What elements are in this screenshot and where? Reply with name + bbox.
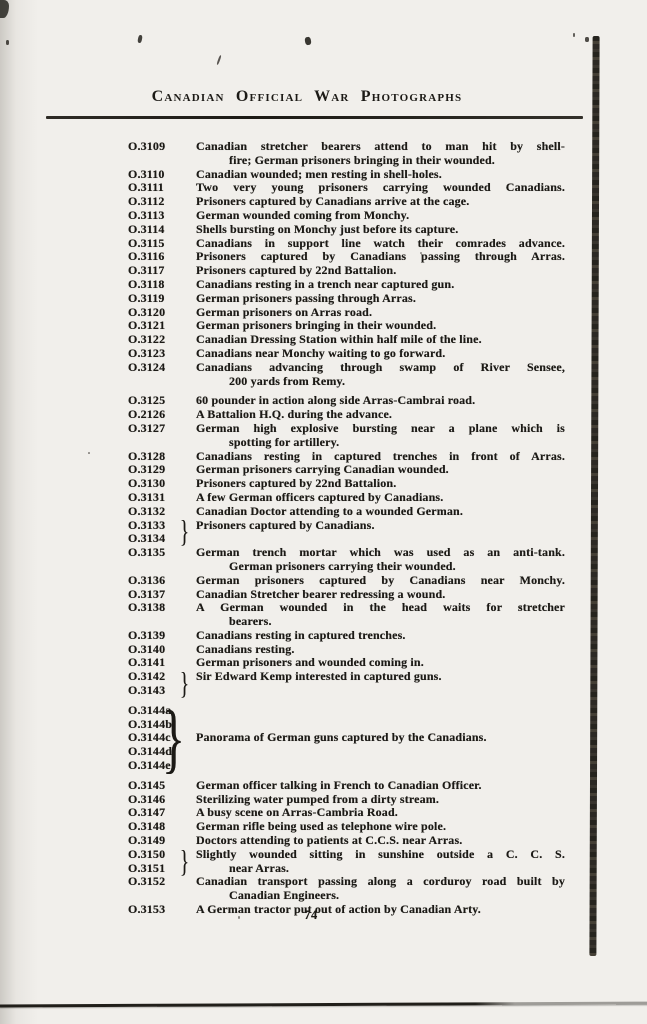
catalog-entry: O.3112Prisoners captured by Canadians ar… [128,195,565,209]
photo-description: Canadians resting in a trench near captu… [196,278,565,292]
catalog-entry: O.3150O.3151}Slightly wounded sitting in… [128,848,565,876]
photo-number-column: O.3138 [128,601,196,629]
photo-description: Prisoners captured by Canadians. [196,519,565,547]
catalog-entry: O.3119German prisoners passing through A… [128,292,565,306]
photo-number: O.3120 [128,306,196,320]
catalog-entry: O.3127German high explosive bursting nea… [128,422,565,450]
catalog-entry: O.3109Canadian stretcher bearers attend … [128,140,565,168]
catalog-entry: O.3130Prisoners captured by 22nd Battali… [128,477,565,491]
catalog-entry: O.3136German prisoners captured by Canad… [128,574,565,588]
description-line: Canadian stretcher bearers attend to man… [196,140,565,154]
description-line: 200 yards from Remy. [196,375,565,389]
catalog-entry: O.312560 pounder in action along side Ar… [128,394,565,408]
photo-number-column: O.3124 [128,361,196,389]
photo-number-column: O.3129 [128,463,196,477]
description-line: A Battalion H.Q. during the advance. [196,408,565,422]
description-line: Sir Edward Kemp interested in captured g… [196,670,565,684]
description-line: Shells bursting on Monchy just before it… [196,223,565,237]
ink-speck [585,37,589,42]
description-line: Canadian transport passing along a cordu… [196,875,565,889]
photo-description: Canadians resting in captured trenches. [196,629,565,643]
description-line: German high explosive bursting near a pl… [196,422,565,436]
photo-description: Shells bursting on Monchy just before it… [196,223,565,237]
photo-description: Sir Edward Kemp interested in captured g… [196,670,565,698]
scan-smudge [0,0,9,18]
catalog-entry: O.3148German rifle being used as telepho… [128,820,565,834]
description-line: Canadian Dressing Station within half mi… [196,333,565,347]
photo-number-column: O.3110 [128,168,196,182]
description-line: Prisoners captured by 22nd Battalion. [196,264,565,278]
photo-description: Prisoners captured by Canadians arrive a… [196,195,565,209]
ink-speck [137,35,143,44]
photo-number-column: O.3117 [128,264,196,278]
description-line: A German wounded in the head waits for s… [196,601,565,615]
photo-description: Canadian transport passing along a cordu… [196,875,565,903]
photo-number: O.3113 [128,209,196,223]
photo-number-column: O.3136 [128,574,196,588]
photo-number-column: O.3145 [128,779,196,793]
description-line: Canadians advancing through swamp of Riv… [196,361,565,375]
photo-description: Doctors attending to patients at C.C.S. … [196,834,565,848]
photo-number-column: O.2126 [128,408,196,422]
description-line: Canadians resting. [196,643,565,657]
catalog-entry: O.3133O.3134}Prisoners captured by Canad… [128,519,565,547]
photo-number: O.3147 [128,806,196,820]
photo-description: A few German officers captured by Canadi… [196,491,565,505]
description-line: Canadians resting in captured trenches i… [196,450,565,464]
description-line: Canadians resting in a trench near captu… [196,278,565,292]
catalog-entry: O.3123Canadians near Monchy waiting to g… [128,347,565,361]
photo-description: German high explosive bursting near a pl… [196,422,565,450]
catalog-entry: O.3128Canadians resting in captured tren… [128,450,565,464]
photo-number: O.3111 [128,181,196,195]
catalog-entry: O.3131A few German officers captured by … [128,491,565,505]
description-line: Canadians near Monchy waiting to go forw… [196,347,565,361]
description-line: Two very young prisoners carrying wounde… [196,181,565,195]
description-line: German rifle being used as telephone wir… [196,820,565,834]
photo-number: O.3137 [128,588,196,602]
catalog-entry: O.3118Canadians resting in a trench near… [128,278,565,292]
photo-description: German prisoners bringing in their wound… [196,319,565,333]
photo-description: German wounded coming from Monchy. [196,209,565,223]
photo-number: O.3128 [128,450,196,464]
photo-number-column: O.3113 [128,209,196,223]
catalog-entry: O.3114Shells bursting on Monchy just bef… [128,223,565,237]
description-line: German prisoners carrying Canadian wound… [196,463,565,477]
catalog-entry: O.3117Prisoners captured by 22nd Battali… [128,264,565,278]
description-line: Prisoners captured by Canadians passing … [196,250,565,264]
description-line: A few German officers captured by Canadi… [196,491,565,505]
photo-number: O.3118 [128,278,196,292]
description-line: Prisoners captured by 22nd Battalion. [196,477,565,491]
catalog-entry: O.3142O.3143}Sir Edward Kemp interested … [128,670,565,698]
photo-description: Canadians near Monchy waiting to go forw… [196,347,565,361]
photo-description: German prisoners captured by Canadians n… [196,574,565,588]
photo-number: O.3112 [128,195,196,209]
catalog-entry: O.3147A busy scene on Arras-Cambria Road… [128,806,565,820]
description-line: German wounded coming from Monchy. [196,209,565,223]
photo-number: O.3109 [128,140,196,154]
page-title: Canadian Official War Photographs [0,88,614,106]
photo-description: A German wounded in the head waits for s… [196,601,565,629]
catalog-entry: O.3115Canadians in support line watch th… [128,237,565,251]
photo-description: Two very young prisoners carrying wounde… [196,181,565,195]
photo-description: Canadians resting in captured trenches i… [196,450,565,464]
catalog-entry: O.3152Canadian transport passing along a… [128,875,565,903]
photo-number: O.3121 [128,319,196,333]
ink-speck [216,55,221,65]
description-line: Canadians resting in captured trenches. [196,629,565,643]
photo-number-column: O.3119 [128,292,196,306]
description-line: Doctors attending to patients at C.C.S. … [196,834,565,848]
photo-number-column: O.3144aO.3144bO.3144cO.3144dO.3144e} [128,704,196,773]
photo-catalog-list: O.3109Canadian stretcher bearers attend … [128,140,565,917]
photo-number-column: O.3123 [128,347,196,361]
photo-number-column: O.3125 [128,394,196,408]
description-line: Canadian Stretcher bearer redressing a w… [196,588,565,602]
description-line: German prisoners on Arras road. [196,306,565,320]
photo-number: O.3110 [128,168,196,182]
catalog-entry: O.3110Canadian wounded; men resting in s… [128,168,565,182]
header-rule [46,116,583,119]
photo-description: Canadians resting. [196,643,565,657]
photo-description: German prisoners carrying Canadian wound… [196,463,565,477]
photo-number: O.3152 [128,875,196,889]
catalog-entry: O.3124Canadians advancing through swamp … [128,361,565,389]
catalog-entry: O.2126A Battalion H.Q. during the advanc… [128,408,565,422]
description-line: Prisoners captured by Canadians. [196,519,565,533]
group-brace: } [162,700,185,777]
photo-description: German prisoners passing through Arras. [196,292,565,306]
photo-description: Sterilizing water pumped from a dirty st… [196,793,565,807]
photo-number-column: O.3122 [128,333,196,347]
photo-number: O.3127 [128,422,196,436]
description-line: Canadian wounded; men resting in shell-h… [196,168,565,182]
photo-number-column: O.3116 [128,250,196,264]
ink-speck [304,37,311,46]
photo-description: Prisoners captured by Canadians passing … [196,250,565,264]
photo-description: Canadians advancing through swamp of Riv… [196,361,565,389]
description-line: German officer talking in French to Cana… [196,779,565,793]
photo-description: Prisoners captured by 22nd Battalion. [196,477,565,491]
description-line: Sterilizing water pumped from a dirty st… [196,793,565,807]
catalog-entry: O.3140Canadians resting. [128,643,565,657]
photo-description: Canadian Doctor attending to a wounded G… [196,505,565,519]
photo-description: Canadian Stretcher bearer redressing a w… [196,588,565,602]
photo-number: O.3139 [128,629,196,643]
photo-description: German prisoners and wounded coming in. [196,656,565,670]
photo-description: Canadian wounded; men resting in shell-h… [196,168,565,182]
photo-number: O.3124 [128,361,196,375]
ink-speck [88,452,90,454]
photo-number: O.3123 [128,347,196,361]
photo-number-column: O.3135 [128,546,196,574]
catalog-entry: O.3129German prisoners carrying Canadian… [128,463,565,477]
description-line: German prisoners and wounded coming in. [196,656,565,670]
catalog-entry: O.3139Canadians resting in captured tren… [128,629,565,643]
photo-number-column: O.3133O.3134} [128,519,196,547]
catalog-entry: O.3141German prisoners and wounded comin… [128,656,565,670]
photo-description: 60 pounder in action along side Arras-Ca… [196,394,565,408]
catalog-entry: O.3120German prisoners on Arras road. [128,306,565,320]
photo-description: German officer talking in French to Cana… [196,779,565,793]
photo-description: Slightly wounded sitting in sunshine out… [196,848,565,876]
photo-number-column: O.3128 [128,450,196,464]
photo-description: German rifle being used as telephone wir… [196,820,565,834]
photo-description: Canadian Dressing Station within half mi… [196,333,565,347]
photo-description: German prisoners on Arras road. [196,306,565,320]
photo-number-column: O.3130 [128,477,196,491]
photo-number: O.3122 [128,333,196,347]
catalog-entry: O.3144aO.3144bO.3144cO.3144dO.3144e}Pano… [128,704,565,773]
description-line: A busy scene on Arras-Cambria Road. [196,806,565,820]
photo-number-column: O.3137 [128,588,196,602]
photo-number: O.3114 [128,223,196,237]
photo-number-column: O.3109 [128,140,196,168]
catalog-entry: O.3132Canadian Doctor attending to a wou… [128,505,565,519]
photo-number: O.3125 [128,394,196,408]
photo-number: O.3136 [128,574,196,588]
group-brace: } [180,846,189,877]
photo-number: O.3119 [128,292,196,306]
catalog-entry: O.3149Doctors attending to patients at C… [128,834,565,848]
description-line: 60 pounder in action along side Arras-Ca… [196,394,565,408]
photo-number: O.3116 [128,250,196,264]
catalog-entry: O.3111Two very young prisoners carrying … [128,181,565,195]
photo-description: A busy scene on Arras-Cambria Road. [196,806,565,820]
description-line: German prisoners captured by Canadians n… [196,574,565,588]
photo-number-column: O.3140 [128,643,196,657]
photo-description: A Battalion H.Q. during the advance. [196,408,565,422]
photo-number-column: O.3120 [128,306,196,320]
photo-number-column: O.3115 [128,237,196,251]
photo-number-column: O.3148 [128,820,196,834]
description-line: fire; German prisoners bringing in their… [196,154,565,168]
photo-number-column: O.3147 [128,806,196,820]
catalog-entry: O.3122Canadian Dressing Station within h… [128,333,565,347]
photo-number-column: O.3131 [128,491,196,505]
photo-description: Panorama of German guns captured by the … [196,704,565,773]
photo-number-column: O.3114 [128,223,196,237]
photo-number-column: O.3150O.3151} [128,848,196,876]
catalog-entry: O.3135German trench mortar which was use… [128,546,565,574]
description-line: Slightly wounded sitting in sunshine out… [196,848,565,862]
description-line: Canadians in support line watch their co… [196,237,565,251]
photo-number: O.3129 [128,463,196,477]
group-brace: } [180,517,189,548]
photo-number: O.3115 [128,237,196,251]
description-line: German prisoners bringing in their wound… [196,319,565,333]
photo-number: O.2126 [128,408,196,422]
photo-description: Prisoners captured by 22nd Battalion. [196,264,565,278]
description-line: German prisoners passing through Arras. [196,292,565,306]
photo-number: O.3145 [128,779,196,793]
catalog-entry: O.3113German wounded coming from Monchy. [128,209,565,223]
description-line: spotting for artillery. [196,436,565,450]
catalog-entry: O.3145German officer talking in French t… [128,779,565,793]
photo-description: Canadian stretcher bearers attend to man… [196,140,565,168]
ink-speck [573,33,575,37]
catalog-entry: O.3146Sterilizing water pumped from a di… [128,793,565,807]
description-line: Prisoners captured by Canadians arrive a… [196,195,565,209]
photo-number: O.3131 [128,491,196,505]
photo-number: O.3117 [128,264,196,278]
photo-number-column: O.3118 [128,278,196,292]
photo-number: O.3138 [128,601,196,615]
page-number: 74 [0,908,622,923]
binding-edge-shadow [589,36,599,956]
photo-number-column: O.3139 [128,629,196,643]
catalog-entry: O.3138A German wounded in the head waits… [128,601,565,629]
photo-number-column: O.3152 [128,875,196,903]
photo-number-column: O.3146 [128,793,196,807]
description-line: bearers. [196,615,565,629]
ink-speck [6,40,9,45]
photo-description: Canadians in support line watch their co… [196,237,565,251]
description-line: Canadian Engineers. [196,889,565,903]
description-line: Panorama of German guns captured by the … [196,731,565,745]
description-line: Canadian Doctor attending to a wounded G… [196,505,565,519]
catalog-entry: O.3137Canadian Stretcher bearer redressi… [128,588,565,602]
page-edge-line [0,1002,647,1008]
photo-number-column: O.3112 [128,195,196,209]
description-line: German trench mortar which was used as a… [196,546,565,560]
description-line: near Arras. [196,862,565,876]
photo-number: O.3148 [128,820,196,834]
photo-number: O.3146 [128,793,196,807]
photo-number: O.3140 [128,643,196,657]
description-line: German prisoners carrying their wounded. [196,560,565,574]
catalog-entry: O.3121German prisoners bringing in their… [128,319,565,333]
photo-number: O.3135 [128,546,196,560]
photo-number-column: O.3127 [128,422,196,450]
photo-number: O.3130 [128,477,196,491]
photo-number-column: O.3111 [128,181,196,195]
scanned-page: Canadian Official War Photographs O.3109… [0,0,647,1024]
photo-number-column: O.3121 [128,319,196,333]
catalog-entry: O.3116Prisoners captured by Canadians pa… [128,250,565,264]
photo-description: German trench mortar which was used as a… [196,546,565,574]
